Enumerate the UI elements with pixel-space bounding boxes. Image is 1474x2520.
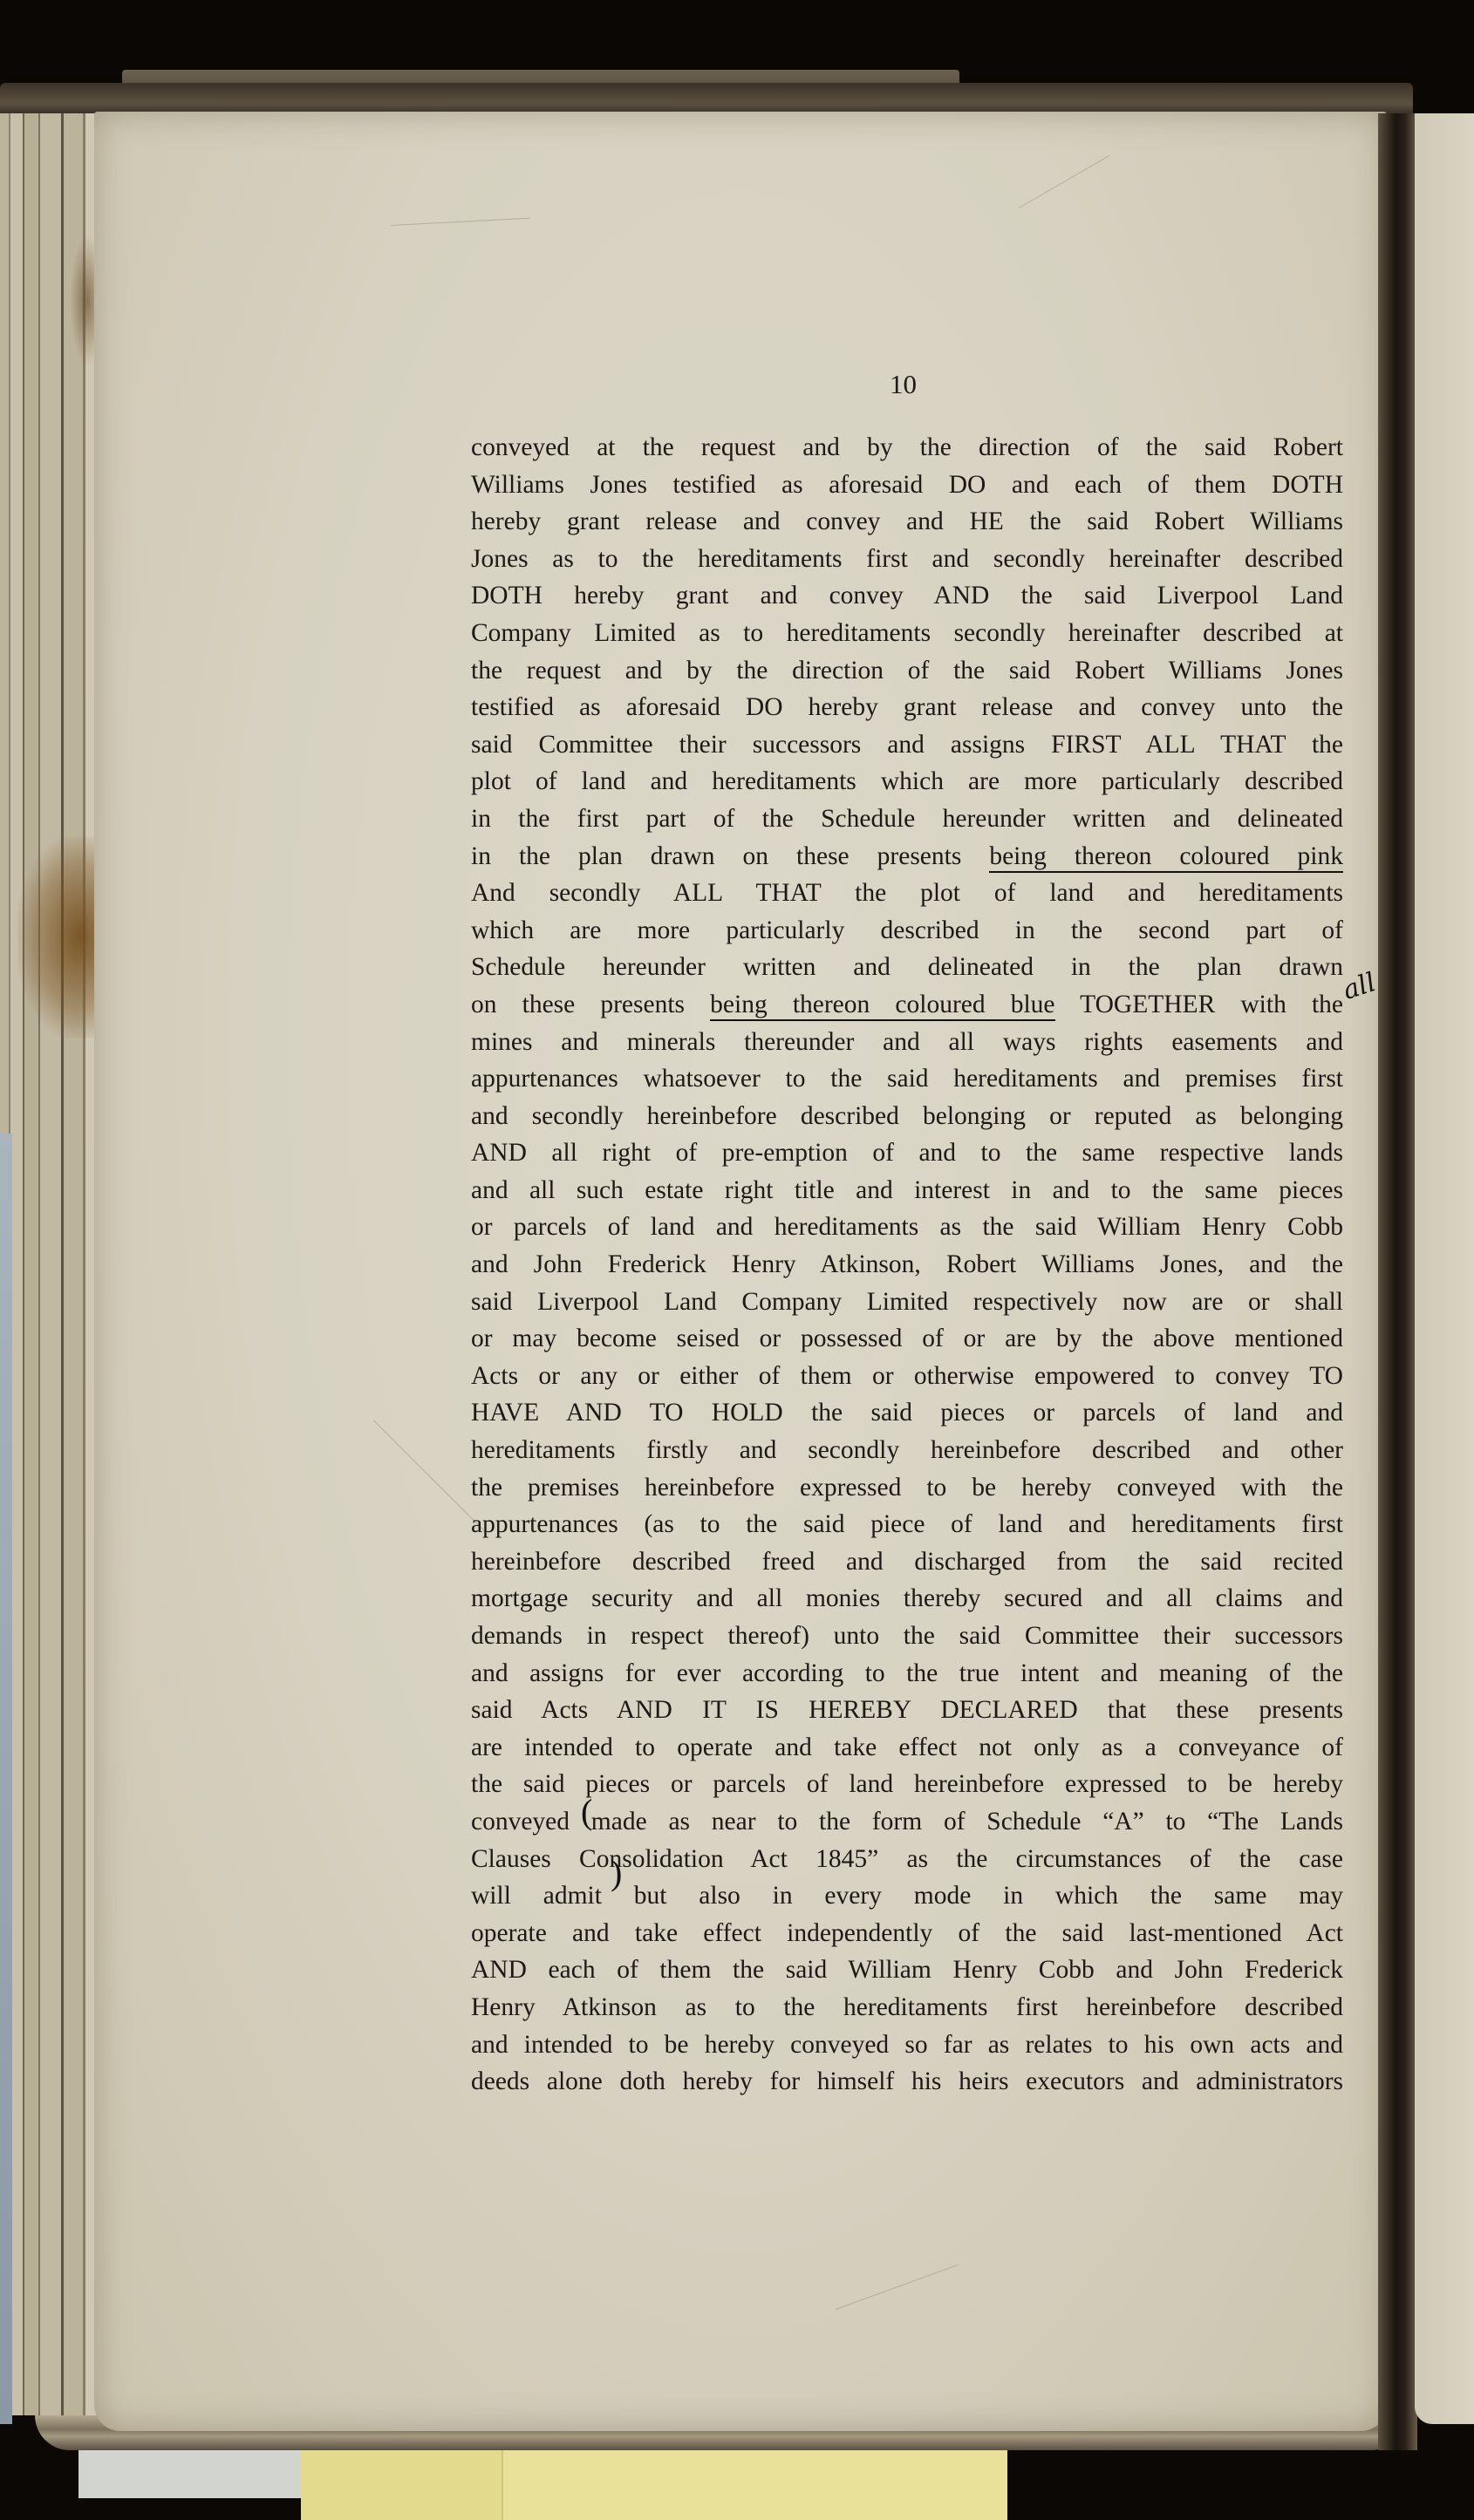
text-line: the said pieces or parcels of land herei…	[471, 1766, 1343, 1803]
text-line: Company Limited as to hereditaments seco…	[471, 615, 1343, 652]
text-line: Schedule hereunder written and delineate…	[471, 949, 1343, 986]
text-line: and all such estate right title and inte…	[471, 1172, 1343, 1209]
text-line: the request and by the direction of the …	[471, 652, 1343, 690]
page-number: 10	[890, 369, 917, 400]
text-line-underlined-pink: in the plan drawn on these presents bein…	[471, 838, 1343, 875]
text-line: mortgage security and all monies thereby…	[471, 1580, 1343, 1618]
paper-scratch	[836, 2265, 959, 2310]
text-line: demands in respect thereof) unto the sai…	[471, 1618, 1343, 1655]
text-line: plot of land and hereditaments which are…	[471, 763, 1343, 800]
handwritten-underline-pink: being thereon coloured pink	[989, 842, 1343, 873]
text-line: Jones as to the hereditaments first and …	[471, 541, 1343, 578]
text-line: will admit but also in every mode in whi…	[471, 1877, 1343, 1915]
text-line: AND each of them the said William Henry …	[471, 1951, 1343, 1989]
text-line: Henry Atkinson as to the hereditaments f…	[471, 1989, 1343, 2026]
adjacent-page	[1415, 113, 1474, 2424]
text-line: and John Frederick Henry Atkinson, Rober…	[471, 1246, 1343, 1284]
text-line: are intended to operate and take effect …	[471, 1729, 1343, 1767]
text-line: and assigns for ever according to the tr…	[471, 1655, 1343, 1692]
text-line: said Committee their successors and assi…	[471, 726, 1343, 764]
text-fragment: TOGETHER with the	[1055, 991, 1343, 1018]
text-line: Williams Jones testified as aforesaid DO…	[471, 467, 1343, 504]
text-line: which are more particularly described in…	[471, 912, 1343, 950]
text-line: in the first part of the Schedule hereun…	[471, 800, 1343, 838]
handwritten-underline-blue: being thereon coloured blue	[710, 991, 1054, 1021]
text-line: hereinbefore described freed and dischar…	[471, 1543, 1343, 1581]
text-line: hereby grant release and convey and HE t…	[471, 503, 1343, 541]
document-body: conveyed at the request and by the direc…	[471, 429, 1343, 2101]
blue-cover-edge	[0, 1134, 12, 2424]
handwritten-open-bracket: (	[581, 1791, 592, 1832]
handwritten-close-bracket: )	[611, 1852, 622, 1893]
book-spine-gutter	[1378, 113, 1417, 2450]
book-binding-edges	[0, 113, 100, 2415]
text-line: Acts or any or either of them or otherwi…	[471, 1358, 1343, 1395]
text-line: Clauses Consolidation Act 1845” as the c…	[471, 1841, 1343, 1878]
text-line: And secondly ALL THAT the plot of land a…	[471, 875, 1343, 912]
text-line: and intended to be hereby conveyed so fa…	[471, 2026, 1343, 2064]
text-line: testified as aforesaid DO hereby grant r…	[471, 689, 1343, 726]
text-line: DOTH hereby grant and convey AND the sai…	[471, 577, 1343, 615]
text-line: conveyed at the request and by the direc…	[471, 429, 1343, 467]
text-line: or may become seised or possessed of or …	[471, 1320, 1343, 1358]
text-line: AND all right of pre-emption of and to t…	[471, 1134, 1343, 1172]
text-line: hereditaments firstly and secondly herei…	[471, 1432, 1343, 1469]
text-line: operate and take effect independently of…	[471, 1915, 1343, 1952]
text-line: and secondly hereinbefore described belo…	[471, 1098, 1343, 1135]
white-paper-tab	[78, 2446, 301, 2498]
text-fragment: in the plan drawn on these presents	[471, 842, 989, 870]
paper-scratch	[373, 1420, 485, 1531]
text-fragment: on these presents	[471, 991, 710, 1018]
paper-scratch	[391, 218, 530, 226]
text-line: conveyed made as near to the form of Sch…	[471, 1803, 1343, 1841]
yellow-paper-tab-fold	[301, 2450, 503, 2520]
text-line: said Liverpool Land Company Limited resp…	[471, 1284, 1343, 1321]
paper-scratch	[1019, 155, 1109, 208]
text-line: mines and minerals thereunder and all wa…	[471, 1024, 1343, 1061]
text-line: or parcels of land and hereditaments as …	[471, 1209, 1343, 1246]
text-line: appurtenances whatsoever to the said her…	[471, 1060, 1343, 1098]
text-line: appurtenances (as to the said piece of l…	[471, 1506, 1343, 1543]
text-line: deeds alone doth hereby for himself his …	[471, 2063, 1343, 2101]
text-line-underlined-blue: on these presents being thereon coloured…	[471, 986, 1343, 1024]
text-line: said Acts AND IT IS HEREBY DECLARED that…	[471, 1692, 1343, 1729]
text-line: HAVE AND TO HOLD the said pieces or parc…	[471, 1394, 1343, 1432]
text-line: the premises hereinbefore expressed to b…	[471, 1469, 1343, 1507]
